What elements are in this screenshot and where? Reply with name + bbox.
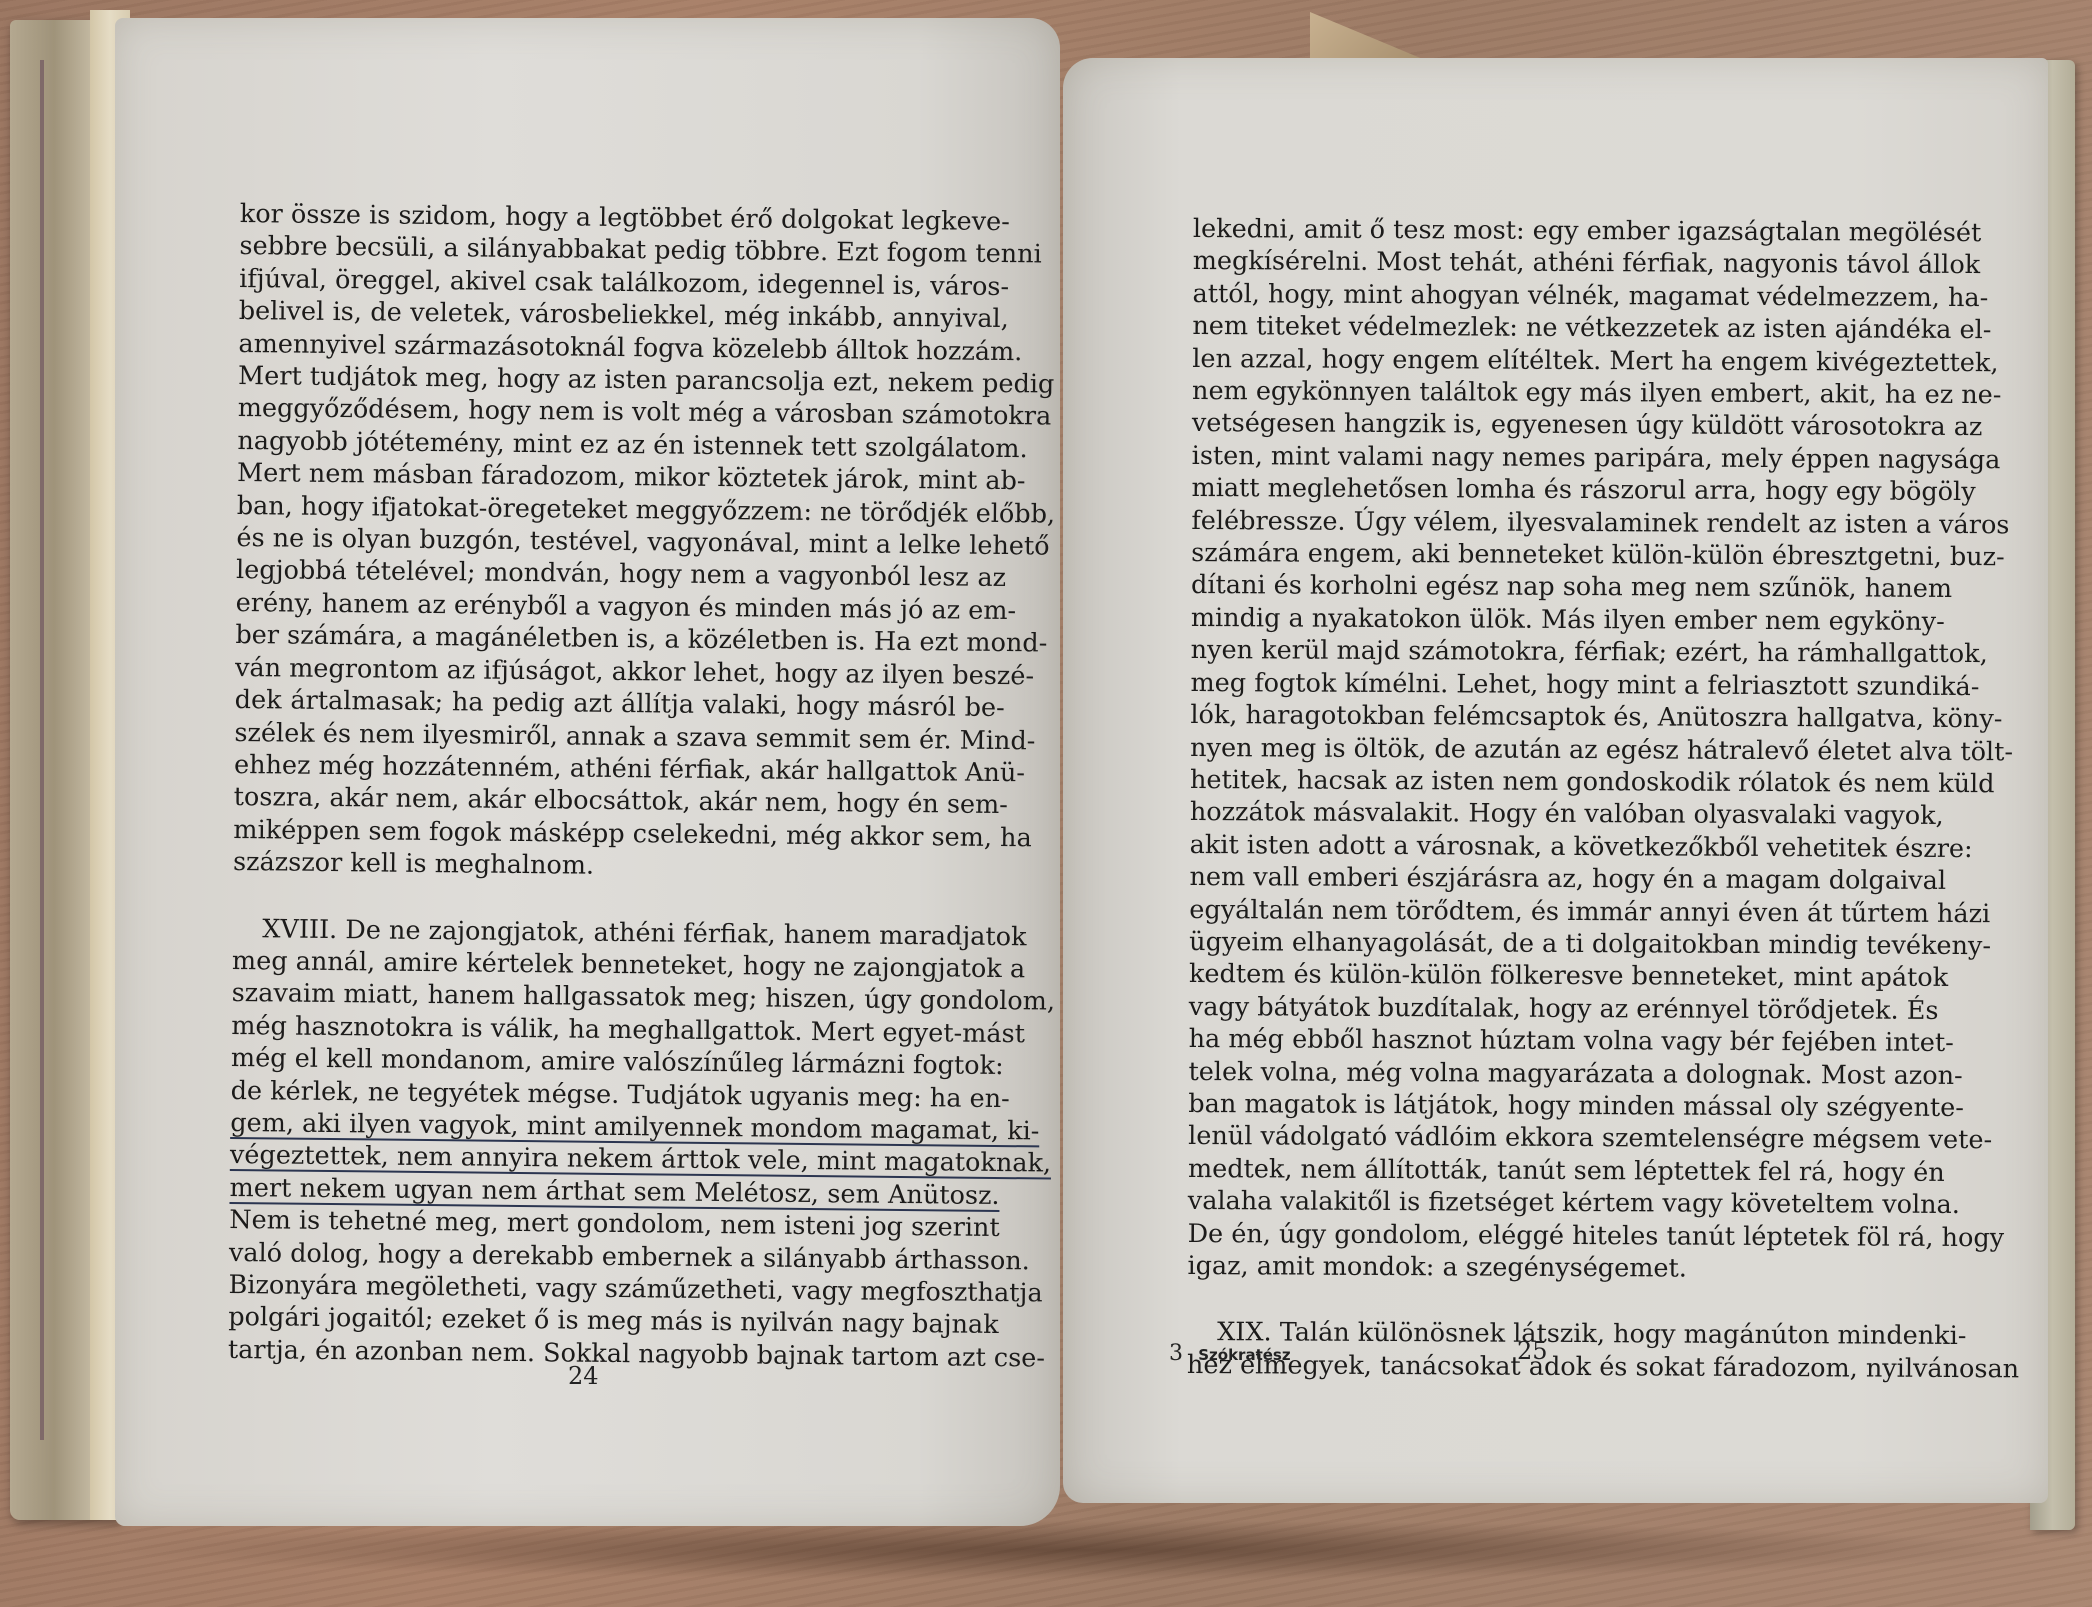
- text-line: egyáltalán nem törődtem, és immár annyi …: [1189, 894, 1909, 930]
- text-line: igaz, amit mondok: a szegénységemet.: [1187, 1250, 1907, 1286]
- printer-signature-mark: 3 Szókratész: [1169, 1341, 1291, 1366]
- text-line: attól, hogy, mint ahogyan vélnék, magama…: [1192, 278, 1912, 314]
- text-line: nem titeket védelmezlek: ne vétkezzetek …: [1192, 310, 1912, 346]
- text-line: megkísérelni. Most tehát, athéni férfiak…: [1193, 245, 1913, 281]
- text-line: lók, haragotokban felémcsaptok és, Anüto…: [1190, 699, 1910, 735]
- text-line: vagy bátyátok buzdítalak, hogy az erénny…: [1189, 991, 1909, 1027]
- text-line: lekedni, amit ő tesz most: egy ember iga…: [1193, 213, 1913, 249]
- text-line: nem egykönnyen találtok egy más ilyen em…: [1192, 375, 1912, 411]
- text-line: ban magatok is látjátok, hogy minden más…: [1188, 1088, 1908, 1124]
- cover-spine-line: [40, 60, 44, 1440]
- text-line: kedtem és külön-külön fölkeresve bennete…: [1189, 958, 1909, 994]
- right-page-text: lekedni, amit ő tesz most: egy ember iga…: [1187, 213, 1913, 1385]
- text-line: nyen kerül majd számotokra, férfiak; ezé…: [1191, 634, 1911, 670]
- text-line: dítani és korholni egész nap soha meg ne…: [1191, 569, 1911, 605]
- text-line: hetitek, hacsak az isten nem gondoskodik…: [1190, 764, 1910, 800]
- page-number-left: 24: [568, 1362, 599, 1390]
- book-shadow: [100, 1520, 2060, 1580]
- text-line: meg fogtok kímélni. Lehet, hogy mint a f…: [1190, 667, 1910, 703]
- text-line: számára engem, aki benneteket külön-külö…: [1191, 537, 1911, 573]
- signature-title: Szókratész: [1198, 1346, 1290, 1364]
- page-number-right: 25: [1517, 1337, 1548, 1365]
- text-line: akit isten adott a városnak, a következő…: [1190, 829, 1910, 865]
- text-line: len azzal, hogy engem elítéltek. Mert ha…: [1192, 343, 1912, 379]
- text-line: medtek, nem állították, tanút sem léptet…: [1188, 1153, 1908, 1189]
- text-line: isten, mint valami nagy nemes paripára, …: [1192, 440, 1912, 476]
- text-line: mindig a nyakatokon ülök. Más ilyen embe…: [1191, 602, 1911, 638]
- signature-number: 3: [1169, 1341, 1183, 1366]
- text-line: nem vall emberi észjárásra az, hogy én a…: [1189, 861, 1909, 897]
- text-line: valaha valakitől is fizetséget kértem va…: [1188, 1185, 1908, 1221]
- left-page-text: kor össze is szidom, hogy a legtöbbet ér…: [228, 198, 1010, 1374]
- text-line: miatt meglehetősen lomha és rászorul arr…: [1191, 472, 1911, 508]
- text-line: nyen meg is öltök, de azután az egész há…: [1190, 731, 1910, 767]
- text-line: felébressze. Úgy vélem, ilyesvalaminek r…: [1191, 505, 1911, 541]
- text-line: hozzátok másvalakit. Hogy én valóban oly…: [1190, 796, 1910, 832]
- text-line: vetségesen hangzik is, egyenesen úgy kül…: [1192, 407, 1912, 443]
- text-line: De én, úgy gondolom, eléggé hiteles tanú…: [1188, 1218, 1908, 1254]
- text-line: ügyeim elhanyagolását, de a ti dolgaitok…: [1189, 926, 1909, 962]
- text-line: telek volna, még volna magyarázata a dol…: [1188, 1056, 1908, 1092]
- text-line: lenül vádolgató vádlóim ekkora szemtelen…: [1188, 1120, 1908, 1156]
- text-line: ha még ebből hasznot húztam volna vagy b…: [1189, 1023, 1909, 1059]
